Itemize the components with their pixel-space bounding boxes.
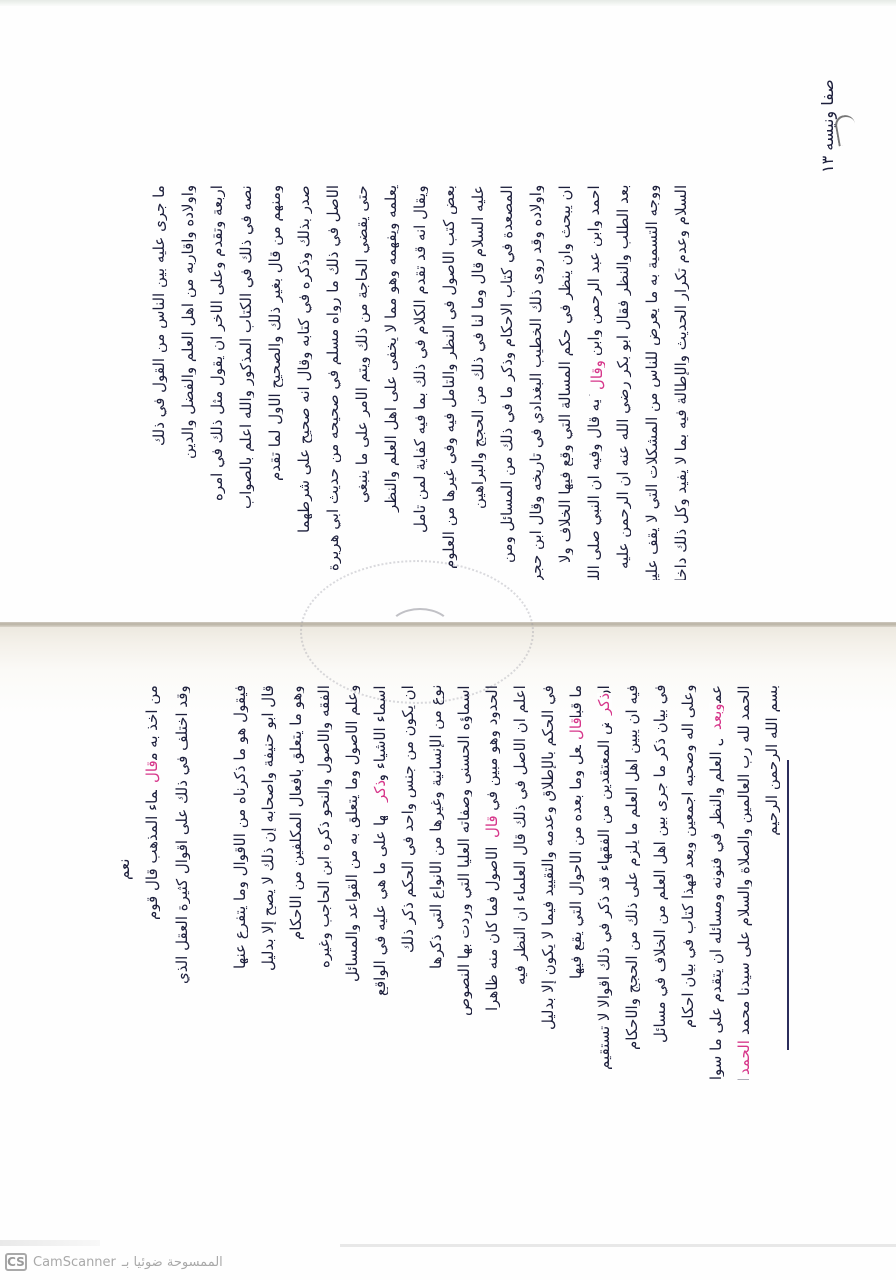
rubric-word: قال <box>485 815 500 845</box>
manuscript-line: اعلم أن الأصل في ذلك قال العلماء أن النظ… <box>513 685 528 1080</box>
rubric-word: ذكر <box>597 693 612 723</box>
manuscript-line: يعلمه ويفهمه وهو مما لا يخفى على أهل الع… <box>384 185 399 580</box>
manuscript-line: وقد اختلف في ذلك على أقوال كثيرة العقل ا… <box>175 685 190 1080</box>
manuscript-line: أن بعض المعتقدين من الفقهاء قد ذكر في ذل… <box>597 685 612 1080</box>
basmala-heading: بسم الله الرحمن الرحيم وبه نستعين <box>765 685 780 835</box>
scan-top-edge <box>0 0 896 6</box>
manuscript-line: نوع من الإنسانية وغيرها من الأنواع التي … <box>429 685 444 1080</box>
manuscript-line: أن يكون من جنس واحد في الحكم ذكر ذلك <box>401 685 416 1080</box>
manuscript-line: وهو ما يتعلق بأفعال المكلفين من الأحكام <box>289 685 304 1080</box>
manuscript-line: ومنهم من قال بغير ذلك والصحيح الأول لما … <box>268 185 283 580</box>
manuscript-line: وأولاده وقد روى ذلك الخطيب البغدادي في ت… <box>529 185 544 580</box>
manuscript-line: قال أبو حنيفة وأصحابه إن ذلك لا يصح إلا … <box>261 685 276 1080</box>
upper-text-block: السلام وعدم تكرار الحديث والإطالة فيه بم… <box>140 185 700 585</box>
rubric-word: ذكر <box>373 780 388 816</box>
manuscript-line: فيه أن يبين أهل العلم ما يلزم على ذلك من… <box>625 685 640 1080</box>
stamp-arc <box>388 608 452 650</box>
manuscript-line: المصعدة في كتاب الاحكام وذكر ما في ذلك م… <box>500 185 515 580</box>
watermark-arabic-text: الممسوحة ضوئيا بـ <box>122 1255 223 1270</box>
manuscript-line: أسماؤه الحسنى وصفاته العليا التي وردت به… <box>457 685 472 1080</box>
rubric-word: وقال <box>590 360 605 400</box>
manuscript-line: ووجه التسمية به ما يعرض للناس من المشكلا… <box>645 185 660 580</box>
manuscript-line: الفقه والأصول والنحو ذكره ابن الحاجب وغي… <box>317 685 332 1080</box>
camscanner-watermark: CS CamScanner الممسوحة ضوئيا بـ <box>5 1252 223 1272</box>
manuscript-line: الأصل في ذلك ما رواه مسلم في صحيحه من حد… <box>326 185 341 580</box>
manuscript-line: وعلم الأصول وما يتعلق به من القواعد والم… <box>345 685 360 1080</box>
scan-bottom-edge <box>340 1244 896 1247</box>
manuscript-line: فيقول هو ما ذكرناه من الأقوال وما يتفرع … <box>233 685 248 1080</box>
manuscript-line: حتى يقضي الحاجة من ذلك ويتم الأمر على ما… <box>355 185 370 580</box>
manuscript-line: في الحكم بالإطلاق وعدمه والتقييد فيما لا… <box>541 685 556 1080</box>
manuscript-line: نصه في ذلك في الكتاب المذكور والله أعلم … <box>239 185 254 580</box>
manuscript-line: بعض كتب الأصول في النظر والتأمل فيه وفي … <box>442 185 457 580</box>
footer-shadow <box>0 1240 100 1246</box>
manuscript-line: من أخذ به من علماء المذهب قال قوم <box>145 685 160 1080</box>
manuscript-line: بعد الطلب والنظر فقال أبو بكر رضي الله ع… <box>616 185 631 580</box>
manuscript-line: وعلى آله وصحبه أجمعين وبعد فهذا كتاب في … <box>681 685 696 1080</box>
manuscript-line: في بيان ذكر ما جرى بين أهل العلم من الخل… <box>653 685 668 1080</box>
manuscript-line: أربعة وتقدم وعلى الآخر أن يقول مثل ذلك ف… <box>210 185 225 580</box>
manuscript-line: صدر بذلك وذكره في كتابه وقال انه صحيح عل… <box>297 185 312 580</box>
lower-text-block: بسم الله الرحمن الرحيم وبه نستعين الحمد … <box>115 685 795 1085</box>
camscanner-logo-icon: CS <box>5 1253 27 1271</box>
manuscript-line: عمدة أهل العلم والنظر في فنونه ومسائله أ… <box>709 685 724 1080</box>
catchword: نعم <box>115 840 133 880</box>
manuscript-line: ويقال انه قد تقدم الكلام في ذلك بما فيه … <box>413 185 428 580</box>
rubric-word: الحمد <box>737 1040 752 1078</box>
manuscript-line: ان يبحث وان ينظر في حكم المسألة التي وقع… <box>558 185 573 580</box>
rubric-word: قال <box>145 760 160 790</box>
watermark-text: CamScanner <box>33 1255 116 1270</box>
manuscript-line: الحدود وهو مبين في كتب الأصول فما كان من… <box>485 685 500 1080</box>
manuscript-line: السلام وعدم تكرار الحديث والإطالة فيه بم… <box>674 185 689 580</box>
manuscript-line: أسماء الأشياء وحقائقها على ما هي عليه في… <box>373 685 388 1080</box>
manuscript-line: ما جرى عليه بين الناس من القول في ذلك <box>152 185 167 580</box>
manuscript-line: عليه السلام قال وما لنا في ذلك من الحجج … <box>471 185 486 580</box>
manuscript-line: الحمد لله رب العالمين والصلاة والسلام عل… <box>737 685 752 1080</box>
manuscript-line: وأولاده وأقاربه من أهل العلم والفضل والد… <box>181 185 196 580</box>
rubric-word: وبعد <box>709 703 724 739</box>
rubric-word: قال <box>569 717 584 745</box>
